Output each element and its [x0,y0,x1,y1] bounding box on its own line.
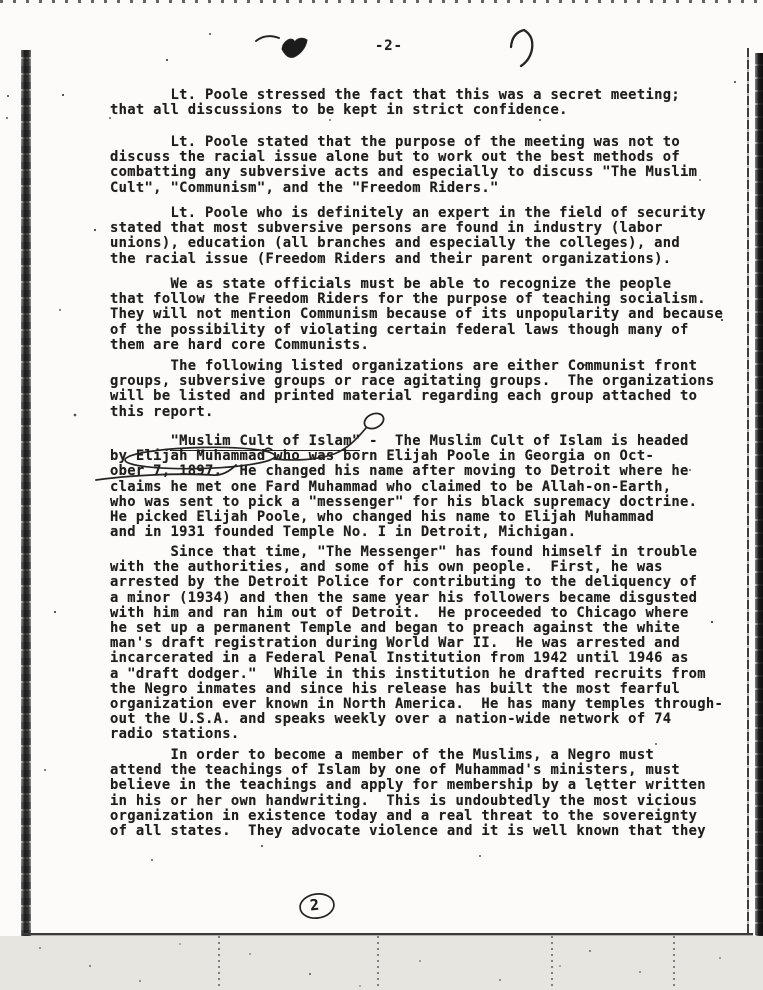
paragraph: In order to become a member of the Musli… [110,748,706,839]
text-segment: that follow the Freedom Riders for the p… [110,291,706,307]
text-line: who was sent to pick a "messenger" for h… [110,495,697,510]
text-segment: Lt. Poole who is definitely an expert in… [110,205,706,221]
scan-right-edge-band [755,53,763,990]
text-line: of all states. They advocate violence an… [110,824,706,839]
text-line: incarcerated in a Federal Penal Institut… [110,651,723,666]
text-line: unions), education (all branches and esp… [110,236,706,251]
text-line: claims he met one Fard Muhammad who clai… [110,480,697,495]
text-segment: In order to become a member of the Musli… [110,747,654,763]
text-line: arrested by the Detroit Police for contr… [110,575,723,590]
text-line: Lt. Poole who is definitely an expert in… [110,206,706,221]
text-segment: Lt. Poole stressed the fact that this wa… [110,87,680,103]
text-segment: ober 7, 1897. He changed his name after … [110,463,689,479]
text-segment: - The Muslim Cult of Islam is headed [360,433,688,449]
text-segment: organization ever known in North America… [110,696,723,712]
scan-right-fold-line [747,48,749,935]
scan-fold-line [551,936,553,990]
text-line: out the U.S.A. and speaks weekly over a … [110,712,723,727]
text-line: that all discussions to be kept in stric… [110,103,680,118]
text-segment: of all states. They advocate violence an… [110,823,706,839]
text-segment: unions), education (all branches and esp… [110,235,680,251]
text-segment: in his or her own handwriting. This is u… [110,793,697,809]
text-segment: man's draft registration during World Wa… [110,635,680,651]
text-line: "Muslim Cult of Islam" - The Muslim Cult… [110,434,697,449]
text-segment: believe in the teachings and apply for m… [110,777,706,793]
text-line: the racial issue (Freedom Riders and the… [110,252,706,267]
paragraph: "Muslim Cult of Islam" - The Muslim Cult… [110,434,697,540]
text-line: ober 7, 1897. He changed his name after … [110,464,697,479]
text-segment: radio stations. [110,726,240,742]
text-segment: a "draft dodger." While in this institut… [110,666,706,682]
scan-fold-line [218,936,220,990]
text-line: of the possibility of violating certain … [110,323,723,338]
text-segment: this report. [110,404,214,420]
text-segment: claims he met one Fard Muhammad who clai… [110,479,671,495]
text-segment: Cult", "Communism", and the "Freedom Rid… [110,180,499,196]
text-segment: he set up a permanent Temple and began t… [110,620,680,636]
text-segment: He picked Elijah Poole, who changed his … [110,509,654,525]
scan-left-edge-band [21,50,31,990]
text-line: and in 1931 founded Temple No. I in Detr… [110,525,697,540]
scan-background-grain [0,936,763,990]
scanned-document-page: -2- Lt. Poole stressed the fact that thi… [0,0,763,990]
paragraph: Since that time, "The Messenger" has fou… [110,545,723,742]
scan-edge-dots [0,0,763,3]
text-segment: stated that most subversive persons are … [110,220,663,236]
text-line: will be listed and printed material rega… [110,389,715,404]
text-line: Cult", "Communism", and the "Freedom Rid… [110,181,697,196]
check-scribble-annotation-arc [256,36,279,41]
text-segment: incarcerated in a Federal Penal Institut… [110,650,689,666]
text-segment: of the possibility of violating certain … [110,322,689,338]
text-line: They will not mention Communism because … [110,307,723,322]
text-line: in his or her own handwriting. This is u… [110,794,706,809]
text-segment: We as state officials must be able to re… [110,276,671,292]
text-line: The following listed organizations are e… [110,359,715,374]
text-line: the Negro inmates and since his release … [110,682,723,697]
paragraph: Lt. Poole stated that the purpose of the… [110,135,697,196]
scan-background-below-page [0,936,763,990]
text-segment: them are hard core Communists. [110,337,369,353]
text-segment: who was sent to pick a "messenger" for h… [110,494,697,510]
check-scribble-annotation-blob [282,38,307,57]
page-number-bottom-handwritten: 2 [309,896,320,915]
paragraph: Lt. Poole stressed the fact that this wa… [110,88,680,118]
text-line: He picked Elijah Poole, who changed his … [110,510,697,525]
text-segment: the Negro inmates and since his release … [110,681,680,697]
text-segment: The following listed organizations are e… [110,358,697,374]
text-line: In order to become a member of the Musli… [110,748,706,763]
page-bottom-edge [22,933,753,935]
text-segment: with him and ran him out of Detroit. He … [110,605,689,621]
text-line: them are hard core Communists. [110,338,723,353]
text-segment: will be listed and printed material rega… [110,388,697,404]
text-line: radio stations. [110,727,723,742]
text-segment: organization in existence today and a re… [110,808,697,824]
paragraph: The following listed organizations are e… [110,359,715,420]
text-line: organization in existence today and a re… [110,809,706,824]
text-line: a "draft dodger." While in this institut… [110,667,723,682]
text-segment: the racial issue (Freedom Riders and the… [110,251,671,267]
text-segment: combatting any subversive acts and espec… [110,164,697,180]
text-line: this report. [110,405,715,420]
text-segment [110,433,170,449]
text-line: with him and ran him out of Detroit. He … [110,606,723,621]
text-line: organization ever known in North America… [110,697,723,712]
text-line: combatting any subversive acts and espec… [110,165,697,180]
page-number-top: -2- [375,38,403,54]
scan-fold-line [673,936,675,990]
text-segment: a minor (1934) and then the same year hi… [110,590,697,606]
text-line: Since that time, "The Messenger" has fou… [110,545,723,560]
text-segment: groups, subversive groups or race agitat… [110,373,715,389]
text-segment: by Elijah Muhammad who was born Elijah P… [110,448,654,464]
text-segment: discuss the racial issue alone but to wo… [110,149,680,165]
scan-fold-line [377,936,379,990]
text-line: a minor (1934) and then the same year hi… [110,591,723,606]
text-segment: Lt. Poole stated that the purpose of the… [110,134,680,150]
text-line: believe in the teachings and apply for m… [110,778,706,793]
text-line: he set up a permanent Temple and began t… [110,621,723,636]
paragraph: Lt. Poole who is definitely an expert in… [110,206,706,267]
text-segment: and in 1931 founded Temple No. I in Detr… [110,524,576,540]
paragraph: We as state officials must be able to re… [110,277,723,353]
text-segment: attend the teachings of Islam by one of … [110,762,680,778]
text-segment: They will not mention Communism because … [110,306,723,322]
text-segment: that all discussions to be kept in stric… [110,102,568,118]
text-line: Lt. Poole stressed the fact that this wa… [110,88,680,103]
text-line: We as state officials must be able to re… [110,277,723,292]
text-segment: arrested by the Detroit Police for contr… [110,574,697,590]
text-line: Lt. Poole stated that the purpose of the… [110,135,697,150]
text-segment: out the U.S.A. and speaks weekly over a … [110,711,671,727]
text-segment: with the authorities, and some of his ow… [110,559,663,575]
arc-annotation [511,30,532,66]
text-segment: Since that time, "The Messenger" has fou… [110,544,697,560]
